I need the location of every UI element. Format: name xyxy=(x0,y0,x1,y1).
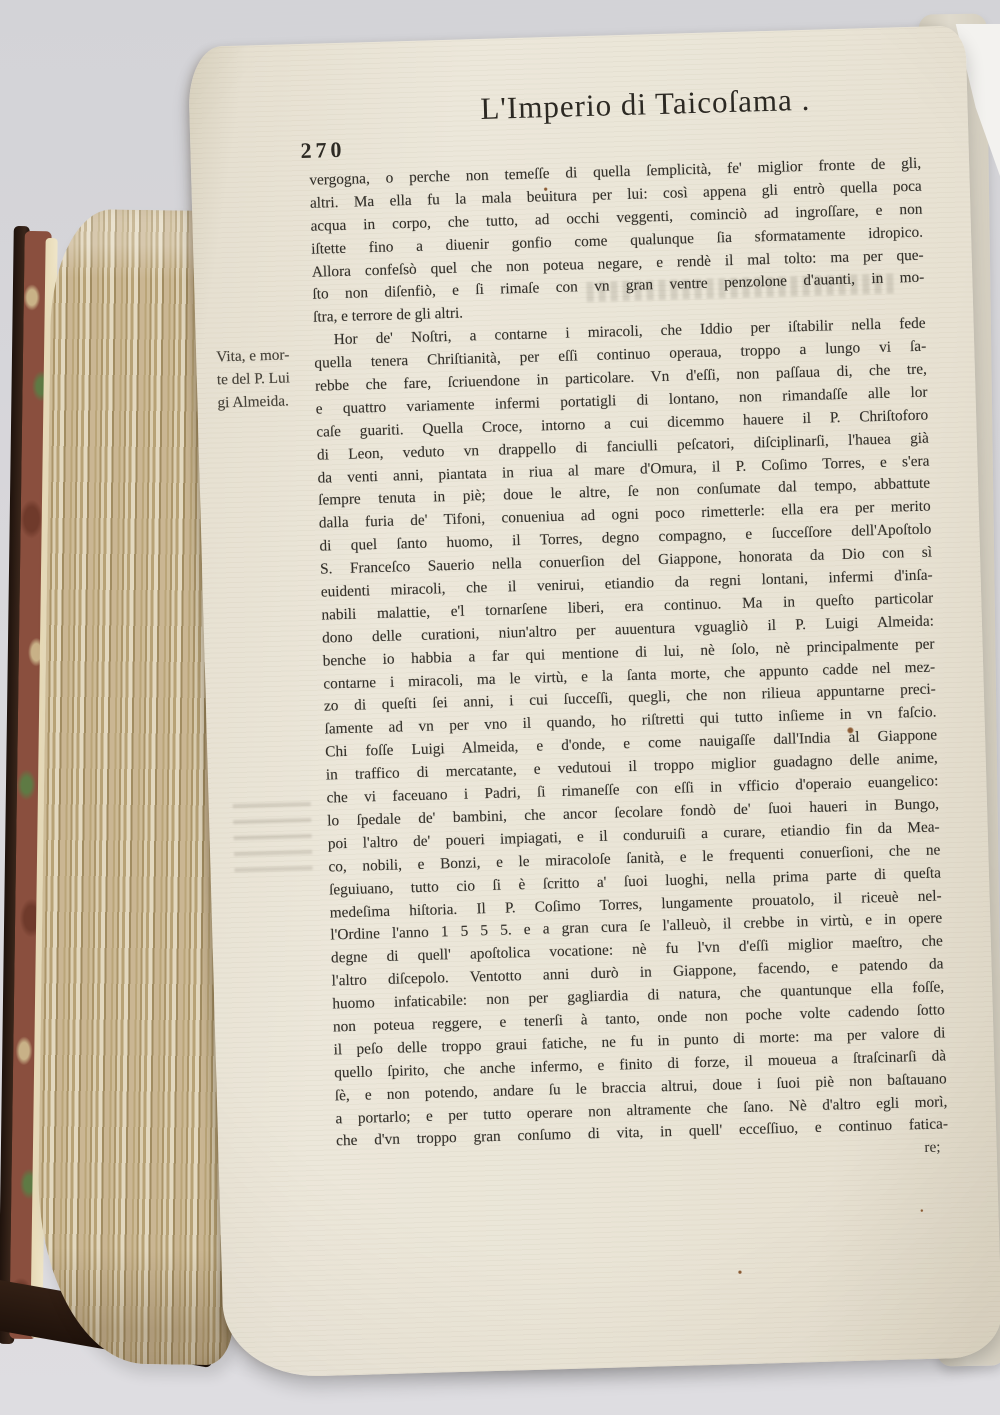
book-page: 270 L'Imperio di Taicoſama . Vita, e mor… xyxy=(188,25,1000,1378)
text-line: Vita, e mor- xyxy=(216,344,309,369)
page-number: 270 xyxy=(300,137,346,164)
margin-note: Vita, e mor-te del P. Luigi Almeida. xyxy=(216,344,310,415)
paragraph: Hor de' Noſtri, a contarne i miracoli, c… xyxy=(314,313,949,1154)
foxing-spot xyxy=(738,1270,742,1274)
body-text: vergogna, o perche non temeſſe di quella… xyxy=(309,153,949,1177)
paragraph: vergogna, o perche non temeſſe di quella… xyxy=(309,153,925,330)
text-line: te del P. Lui xyxy=(217,367,310,392)
running-title: L'Imperio di Taicoſama . xyxy=(339,78,952,131)
margin-note-bleedthrough xyxy=(233,800,313,872)
text-line: gi Almeida. xyxy=(217,390,310,415)
foxing-spot xyxy=(920,1209,923,1212)
